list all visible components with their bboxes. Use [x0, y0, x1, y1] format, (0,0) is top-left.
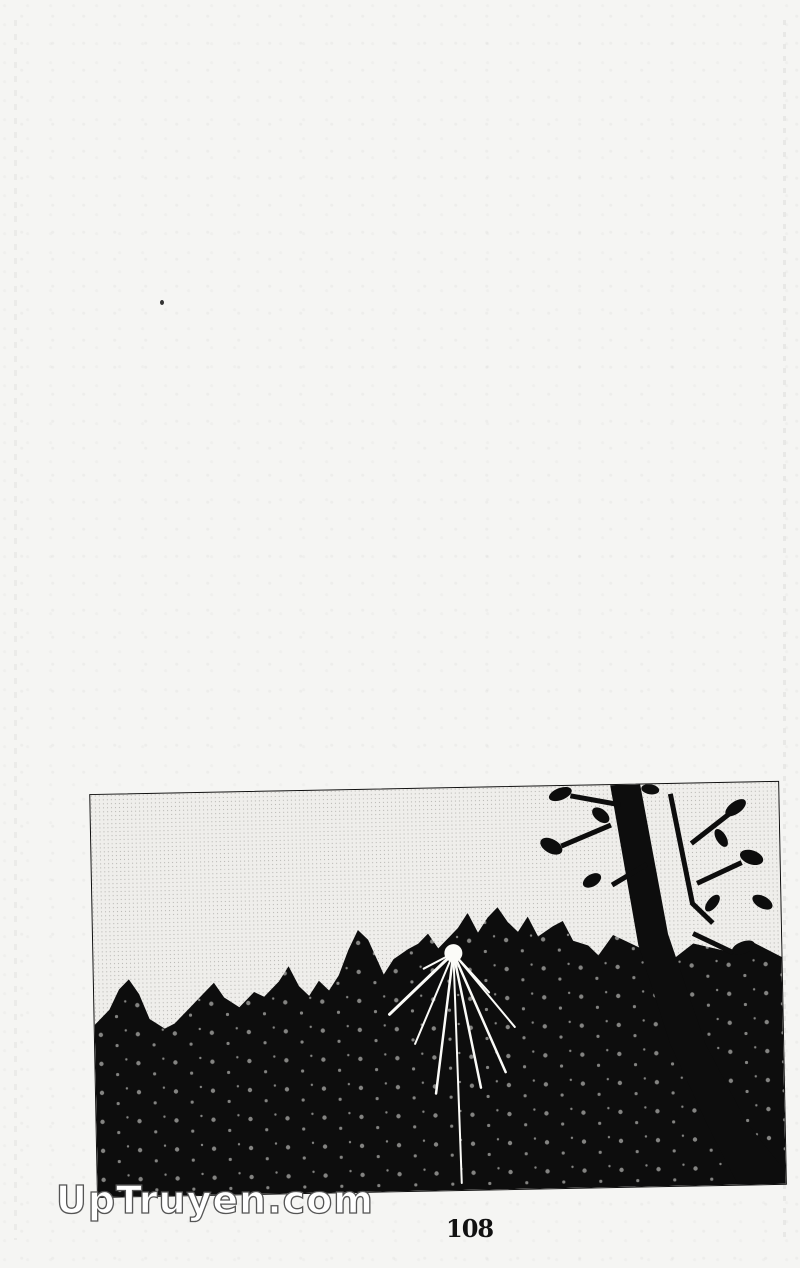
ink-speck: [160, 300, 164, 305]
forest-illustration: [90, 782, 786, 1197]
illustration-panel: [89, 781, 787, 1198]
site-watermark: UpTruyen.com: [56, 1178, 374, 1222]
page-number: 108: [446, 1214, 493, 1243]
scan-edge-left: [14, 20, 17, 1240]
